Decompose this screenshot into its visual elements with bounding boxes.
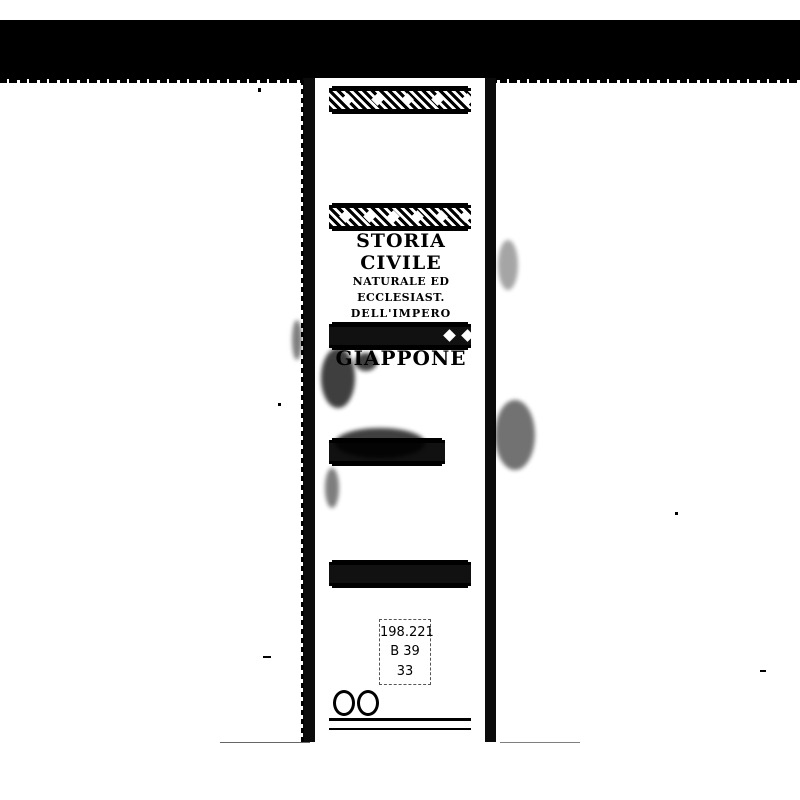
call-number-label: 198.221 B 39 33	[379, 619, 431, 685]
tail-rule-2	[329, 728, 471, 730]
stain	[495, 400, 535, 470]
stain	[355, 353, 377, 371]
stain	[498, 240, 518, 290]
title-line-2: NATURALE ED ECCLESIAST.	[321, 274, 481, 306]
stain	[335, 428, 425, 458]
speck	[220, 742, 310, 743]
book-spine: STORIA CIVILE NATURALE ED ECCLESIAST. DE…	[303, 78, 496, 742]
tail-ornament	[333, 690, 393, 716]
speck	[258, 88, 261, 92]
call-number-line-3: 33	[380, 664, 430, 679]
title-line-1: STORIA CIVILE	[321, 230, 481, 274]
stain	[325, 468, 339, 508]
speck	[278, 403, 281, 406]
scanner-top-bar	[0, 20, 800, 80]
decorative-band-3	[329, 324, 471, 348]
tail-rule-1	[329, 718, 471, 721]
call-number-line-1: 198.221	[380, 625, 430, 640]
speck	[760, 670, 766, 672]
speck	[500, 742, 580, 743]
spine-title: STORIA CIVILE NATURALE ED ECCLESIAST. DE…	[321, 230, 481, 370]
decorative-band-1	[329, 88, 471, 112]
speck	[675, 512, 678, 515]
decorative-band-2	[329, 205, 471, 229]
speck	[263, 656, 271, 658]
stain	[321, 348, 355, 408]
title-line-3: DELL'IMPERO	[321, 306, 481, 322]
stain	[292, 320, 302, 360]
decorative-band-5	[329, 562, 471, 586]
call-number-line-2: B 39	[380, 644, 430, 659]
